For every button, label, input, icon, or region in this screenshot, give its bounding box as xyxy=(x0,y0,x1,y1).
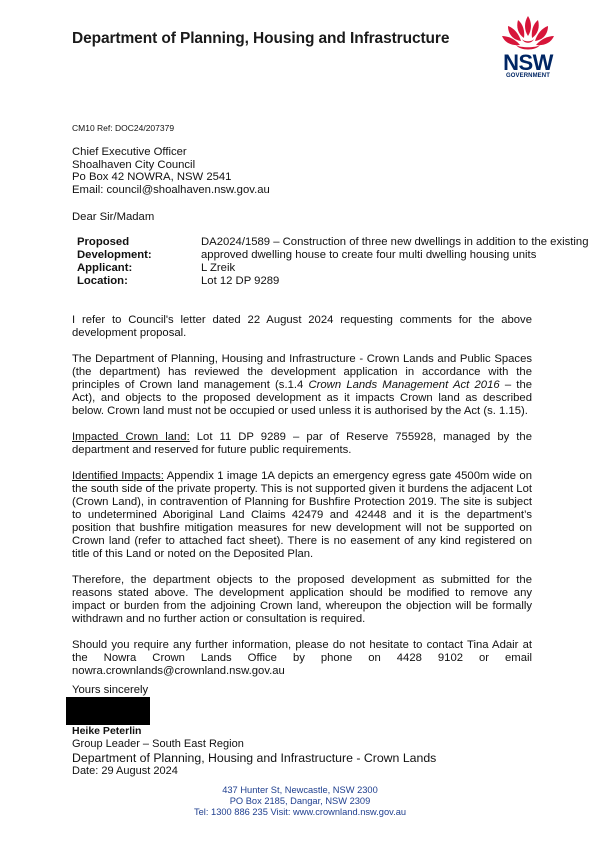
recipient-line: Email: council@shoalhaven.nsw.gov.au xyxy=(72,184,270,197)
detail-value: DA2024/1589 – Construction of three new … xyxy=(201,236,591,262)
paragraph-objection: Therefore, the department objects to the… xyxy=(72,574,532,626)
act-name: Crown Lands Management Act 2016 xyxy=(308,379,499,391)
paragraph-impacted-land: Impacted Crown land: Lot 11 DP 9289 – pa… xyxy=(72,431,532,457)
nsw-wordmark: NSW xyxy=(496,52,560,74)
footer-line: PO Box 2185, Dangar, NSW 2309 xyxy=(150,796,450,807)
signature-redaction xyxy=(66,697,150,725)
closing: Yours sincerely xyxy=(72,684,148,697)
detail-row: Proposed Development: DA2024/1589 – Cons… xyxy=(77,236,591,262)
detail-value: Lot 12 DP 9289 xyxy=(201,275,591,288)
detail-row: Location: Lot 12 DP 9289 xyxy=(77,275,591,288)
detail-label: Proposed Development: xyxy=(77,236,201,262)
impacted-land-label: Impacted Crown land: xyxy=(72,431,190,443)
paragraph-review: The Department of Planning, Housing and … xyxy=(72,353,532,418)
paragraph-identified-impacts: Identified Impacts: Appendix 1 image 1A … xyxy=(72,470,532,561)
paragraph-reference: I refer to Council's letter dated 22 Aug… xyxy=(72,314,532,340)
development-details: Proposed Development: DA2024/1589 – Cons… xyxy=(77,236,597,288)
identified-impacts-label: Identified Impacts: xyxy=(72,470,164,482)
footer-line: 437 Hunter St, Newcastle, NSW 2300 xyxy=(150,785,450,796)
signature-block: Heike Peterlin Group Leader – South East… xyxy=(72,725,436,778)
detail-label: Location: xyxy=(77,275,201,288)
recipient-line: Po Box 42 NOWRA, NSW 2541 xyxy=(72,171,270,184)
letter-date: Date: 29 August 2024 xyxy=(72,765,436,778)
detail-label: Applicant: xyxy=(77,262,201,275)
signatory-department: Department of Planning, Housing and Infr… xyxy=(72,751,436,765)
footer-contact: 437 Hunter St, Newcastle, NSW 2300 PO Bo… xyxy=(150,785,450,818)
salutation: Dear Sir/Madam xyxy=(72,211,154,224)
recipient-line: Chief Executive Officer xyxy=(72,146,270,159)
department-title: Department of Planning, Housing and Infr… xyxy=(72,30,449,48)
paragraph-contact: Should you require any further informati… xyxy=(72,639,532,678)
reference-number: CM10 Ref: DOC24/207379 xyxy=(72,122,174,135)
footer-line: Tel: 1300 886 235 Visit: www.crownland.n… xyxy=(150,807,450,818)
recipient-line: Shoalhaven City Council xyxy=(72,159,270,172)
signatory-role: Group Leader – South East Region xyxy=(72,738,436,751)
identified-impacts-text: Appendix 1 image 1A depicts an emergency… xyxy=(72,470,532,560)
signatory-name: Heike Peterlin xyxy=(72,725,436,738)
detail-value: L Zreik xyxy=(201,262,591,275)
recipient-address: Chief Executive Officer Shoalhaven City … xyxy=(72,146,270,197)
government-wordmark: GOVERNMENT xyxy=(496,73,560,79)
detail-row: Applicant: L Zreik xyxy=(77,262,591,275)
